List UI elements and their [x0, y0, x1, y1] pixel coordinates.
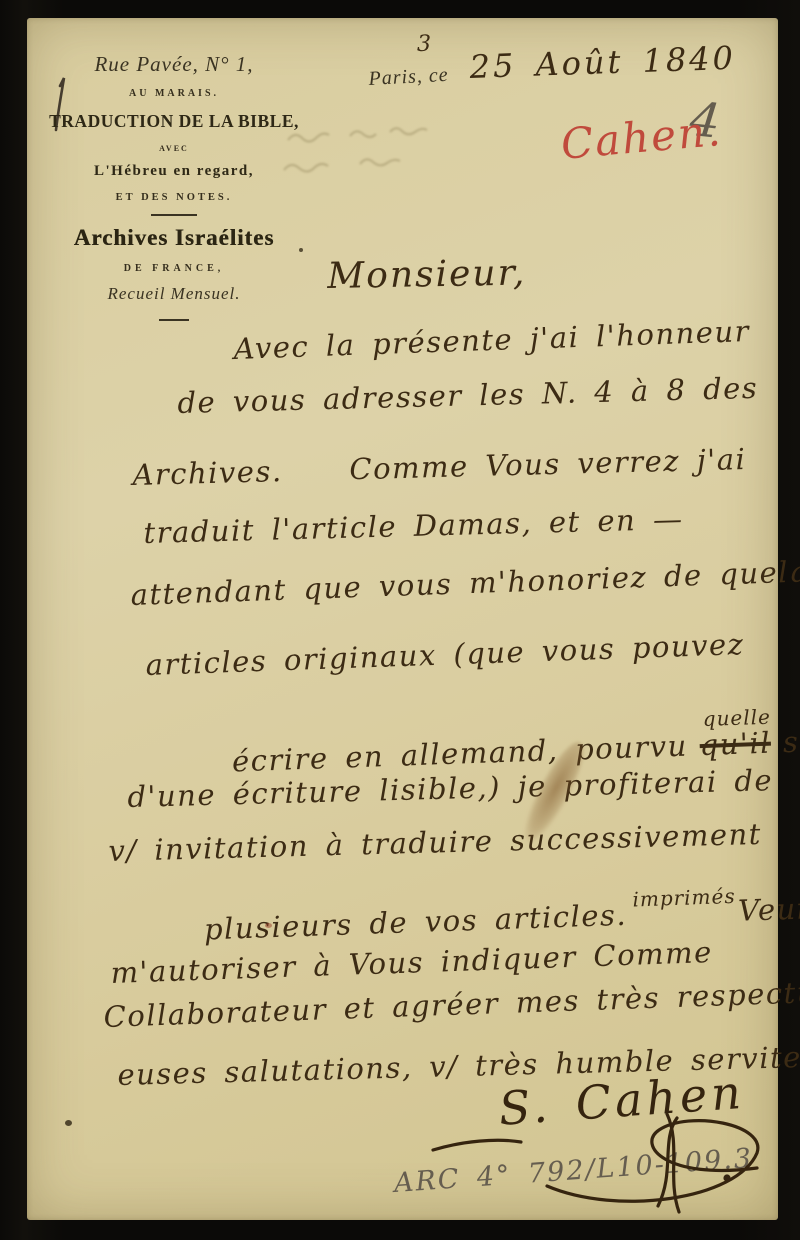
- paper-speck: [299, 248, 303, 252]
- paper-speck: [65, 1120, 72, 1126]
- correction-stack: quellequ'il: [699, 726, 771, 762]
- dateline-handwritten: 25 Août 1840: [469, 39, 737, 86]
- handwritten-line: Avec la présente j'ai l'honneur: [233, 314, 750, 366]
- handwritten-line: attendant que vous m'honoriez de quelque…: [130, 552, 800, 612]
- letterhead-journal-subtitle: DE FRANCE,: [35, 263, 313, 274]
- handwritten-line: de vous adresser les N. 4 à 8 des: [177, 371, 759, 420]
- letterhead-hebrew-line: L'Hébreu en regard,: [35, 163, 313, 180]
- line-text: soit: [782, 723, 800, 759]
- interlinear-insertion: imprimés: [632, 884, 736, 912]
- handwritten-line: Archives. Comme Vous verrez j'ai: [132, 442, 747, 492]
- dateline-printed: Paris, ce: [368, 64, 449, 91]
- letterhead-notes-line: ET DES NOTES.: [35, 192, 313, 203]
- letterhead-avec: AVEC: [35, 144, 313, 153]
- letter-page: Rue Pavée, N° 1, AU MARAIS. TRADUCTION D…: [27, 18, 778, 1220]
- letterhead-rule: [151, 214, 197, 216]
- handwritten-line: v/ invitation à traduire successivement: [108, 817, 762, 868]
- letterhead-district: AU MARAIS.: [35, 88, 313, 99]
- page-number: 3: [417, 32, 433, 57]
- line-text: Veuillez seulement: [738, 883, 800, 928]
- letterhead-journal-frequency: Recueil Mensuel.: [35, 284, 313, 304]
- letterhead-rule: [159, 319, 189, 321]
- letterhead-address: Rue Pavée, N° 1,: [35, 52, 313, 77]
- handwritten-line: traduit l'article Damas, et en —: [143, 502, 684, 550]
- salutation: Monsieur,: [327, 253, 527, 297]
- ink-bleedthrough: [280, 118, 475, 190]
- signature-flourish: [427, 1108, 772, 1228]
- letterhead-journal-title: Archives Israélites: [35, 225, 313, 251]
- letterhead-work-title: TRADUCTION DE LA BIBLE,: [35, 111, 313, 132]
- paper-speck: [265, 923, 272, 928]
- red-name-annotation: Cahen.: [559, 106, 724, 169]
- letterhead: Rue Pavée, N° 1, AU MARAIS. TRADUCTION D…: [35, 52, 313, 321]
- interlinear-insertion: quelle: [702, 705, 771, 731]
- scan-background: Rue Pavée, N° 1, AU MARAIS. TRADUCTION D…: [0, 0, 800, 1240]
- struck-word: qu'il: [699, 726, 771, 762]
- handwritten-line: articles originaux (que vous pouvez: [145, 627, 745, 682]
